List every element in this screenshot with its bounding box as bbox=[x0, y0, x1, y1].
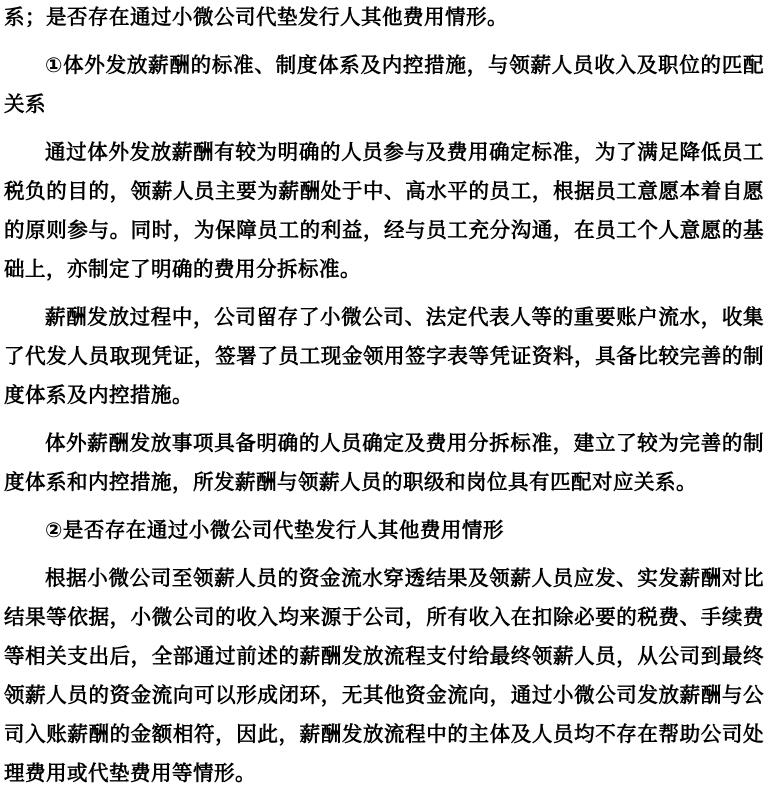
paragraph-salary-matching-conclusion: 体外薪酬发放事项具备明确的人员确定及费用分拆标准，建立了较为完善的制度体系和内控… bbox=[4, 424, 764, 502]
subheading-2-advance-expenses: ②是否存在通过小微公司代垫发行人其他费用情形 bbox=[4, 511, 764, 550]
paragraph-fund-flow-conclusion: 根据小微公司至领薪人员的资金流水穿透结果及领薪人员应发、实发薪酬对比结果等依据，… bbox=[4, 559, 764, 793]
paragraph-salary-participation-standards: 通过体外发放薪酬有较为明确的人员参与及费用确定标准，为了满足降低员工税负的目的，… bbox=[4, 133, 764, 289]
subheading-1-outside-salary-standards: ①体外发放薪酬的标准、制度体系及内控措施，与领薪人员收入及职位的匹配关系 bbox=[4, 46, 764, 124]
document-page: 系；是否存在通过小微公司代垫发行人其他费用情形。 ①体外发放薪酬的标准、制度体系… bbox=[0, 0, 770, 795]
paragraph-continuation: 系；是否存在通过小微公司代垫发行人其他费用情形。 bbox=[4, 0, 764, 37]
paragraph-salary-payment-records: 薪酬发放过程中，公司留存了小微公司、法定代表人等的重要账户流水，收集了代发人员取… bbox=[4, 298, 764, 415]
